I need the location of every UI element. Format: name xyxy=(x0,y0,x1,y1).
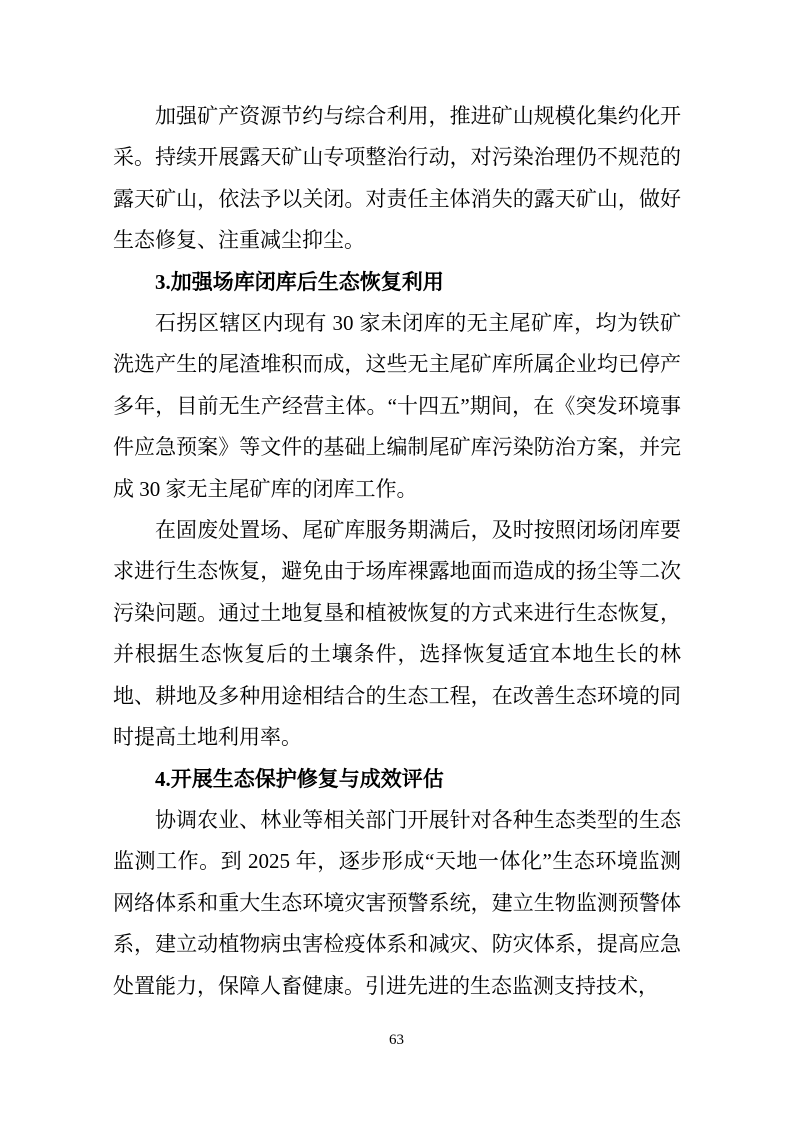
section-heading-4-eco-protection-evaluation: 4.开展生态保护修复与成效评估 xyxy=(113,759,681,800)
document-body: 加强矿产资源节约与综合利用，推进矿山规模化集约化开采。持续开展露天矿山专项整治行… xyxy=(113,96,681,1007)
paragraph-tailings-ponds: 石拐区辖区内现有 30 家未闭库的无主尾矿库，均为铁矿洗选产生的尾渣堆积而成，这… xyxy=(113,303,681,510)
paragraph-ecological-restoration: 在固废处置场、尾矿库服务期满后，及时按照闭场闭库要求进行生态恢复，避免由于场库裸… xyxy=(113,510,681,758)
paragraph-mining-resources: 加强矿产资源节约与综合利用，推进矿山规模化集约化开采。持续开展露天矿山专项整治行… xyxy=(113,96,681,262)
section-heading-3-tailings-closure: 3.加强场库闭库后生态恢复利用 xyxy=(113,262,681,303)
paragraph-eco-monitoring: 协调农业、林业等相关部门开展针对各种生态类型的生态监测工作。到 2025 年，逐… xyxy=(113,800,681,1007)
document-page: 加强矿产资源节约与综合利用，推进矿山规模化集约化开采。持续开展露天矿山专项整治行… xyxy=(0,0,793,1122)
page-number: 63 xyxy=(0,1031,793,1049)
